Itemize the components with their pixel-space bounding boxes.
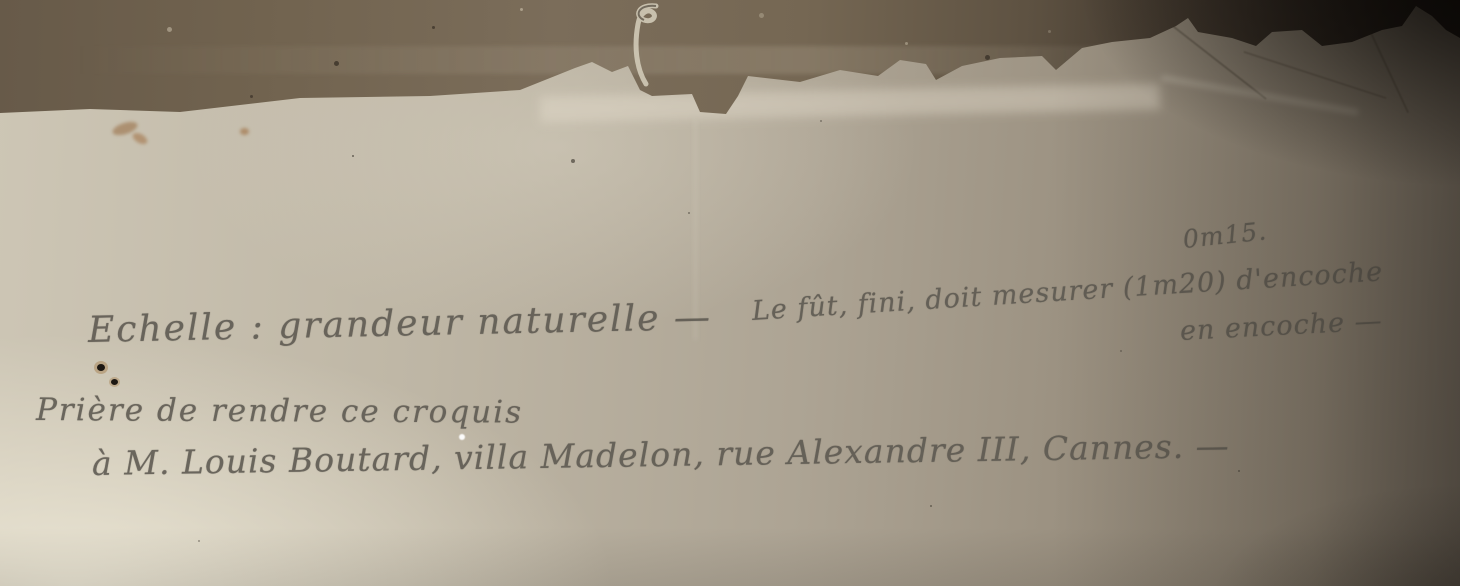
handwriting-measure-note: 0m15. <box>1181 216 1268 254</box>
foxing-stain <box>240 128 249 135</box>
dust-specks <box>0 0 3 3</box>
ink-blot <box>111 379 118 385</box>
handwriting-shaft-line-2: en encoche — <box>1179 305 1383 347</box>
handwriting-address-line: à M. Louis Boutard, villa Madelon, rue A… <box>92 426 1230 483</box>
foxing-stain <box>131 131 149 147</box>
handwriting-scale-line: Echelle : grandeur naturelle — <box>88 297 713 351</box>
ink-blot <box>97 364 105 371</box>
handwriting-request-line: Prière de rendre ce croquis <box>36 392 523 431</box>
torn-edge-crumple <box>540 84 1160 123</box>
photo-of-handwritten-note: 0m15. Le fût, fini, doit mesurer (1m20) … <box>0 0 1460 586</box>
